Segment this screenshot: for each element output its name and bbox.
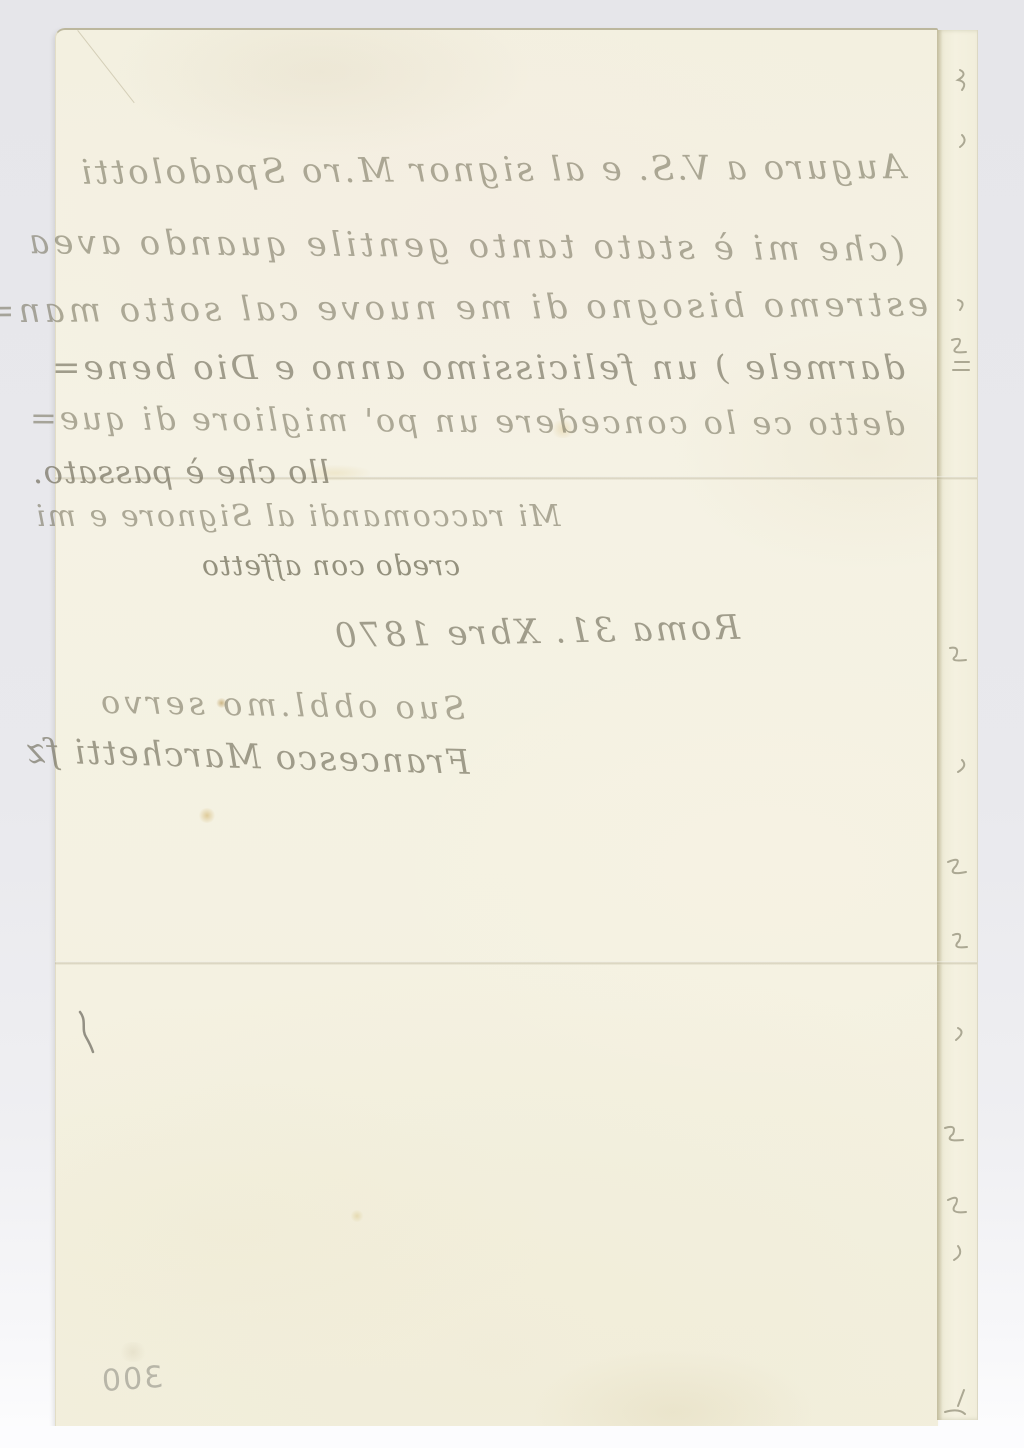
letter-paper-sheet (55, 28, 938, 1428)
scan-canvas: Auguro a V.S. e al signor M.ro Spadolott… (0, 0, 1024, 1448)
adjacent-page-sliver (937, 30, 978, 1420)
scanner-bed-margin (0, 1426, 1024, 1448)
page-number-mark: 300 (99, 1360, 165, 1399)
